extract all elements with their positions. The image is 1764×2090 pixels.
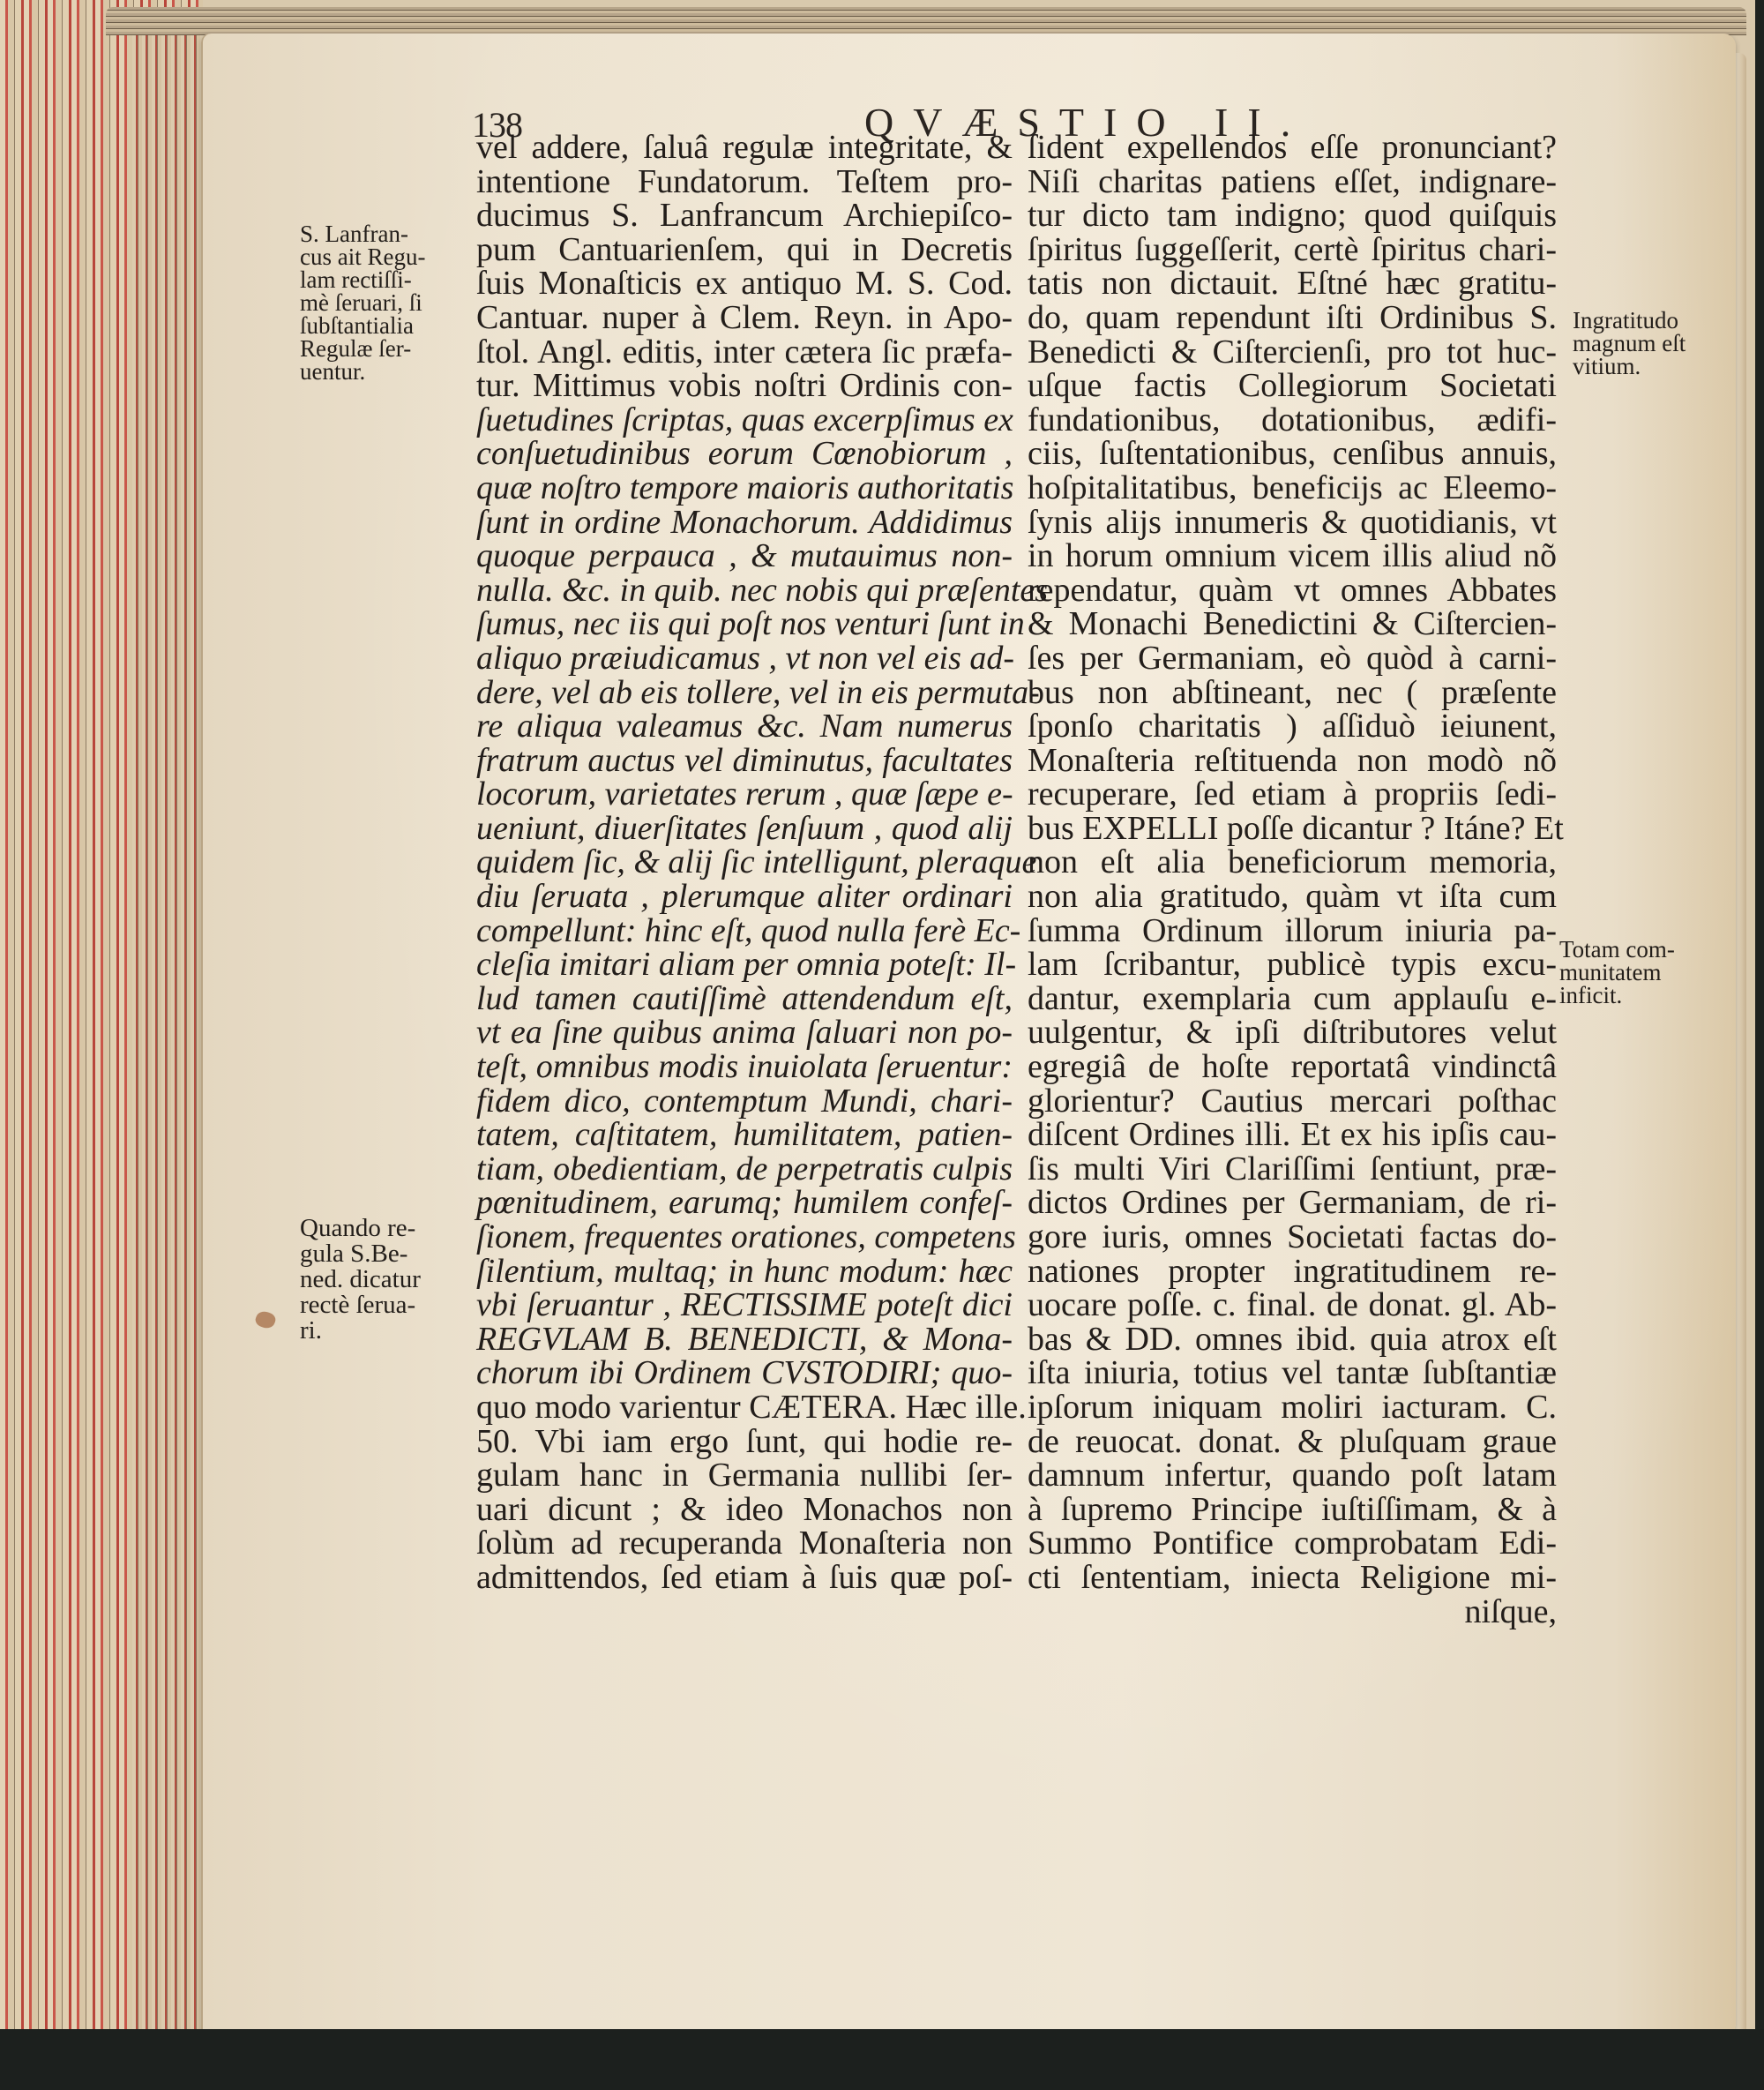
- text-line: de reuocat. donat. & pluſquam graue: [1028, 1425, 1557, 1459]
- background-shadow: [0, 2029, 1764, 2090]
- text-line: tiam, obedientiam, de perpetratis culpis: [476, 1152, 1013, 1187]
- text-line: Niſi charitas patiens eſſet, indignare-: [1028, 165, 1557, 199]
- text-line: bus EXPELLI poſſe dicantur ? Itáne? Et: [1028, 812, 1557, 846]
- margin-note-line: ned. dicatur: [300, 1267, 463, 1292]
- text-line: egregiâ de hoſte reportatâ vindinctâ: [1028, 1050, 1557, 1084]
- text-line: ſunt in ordine Monachorum. Addidimus: [476, 506, 1013, 540]
- text-line: uſque factis Collegiorum Societati: [1028, 369, 1557, 403]
- text-line: dere, vel ab eis tollere, vel in eis per…: [476, 676, 1013, 710]
- text-line: tur. Mittimus vobis noſtri Ordinis con-: [476, 369, 1013, 403]
- text-line: Summo Pontifice comprobatam Edi-: [1028, 1526, 1557, 1561]
- text-line: Cantuar. nuper à Clem. Reyn. in Apo-: [476, 301, 1013, 335]
- text-line: ueniunt, diuerſitates ſenſuum , quod ali…: [476, 812, 1013, 846]
- text-line: uulgentur, & ipſi diſtributores velut: [1028, 1015, 1557, 1050]
- margin-note-line: Ingratitudo: [1573, 309, 1731, 332]
- text-line: uocare poſſe. c. final. de donat. gl. Ab…: [1028, 1288, 1557, 1322]
- text-line: aliquo præiudicamus , vt non vel eis ad-: [476, 641, 1013, 676]
- text-line: ſis multi Viri Clariſſimi ſentiunt, præ-: [1028, 1152, 1557, 1187]
- text-line: quo modo varientur CÆTERA. Hæc ille.: [476, 1390, 1013, 1425]
- text-line: ſpiritus ſuggeſſerit, certè ſpiritus cha…: [1028, 233, 1557, 267]
- text-line: bus non abſtineant, nec ( præſente: [1028, 676, 1557, 710]
- text-line: pœnitudinem, earumq; humilem confeſ-: [476, 1186, 1013, 1220]
- text-line: recuperare, ſed etiam à propriis ſedi-: [1028, 777, 1557, 812]
- text-line: lam ſcribantur, publicè typis excu-: [1028, 948, 1557, 982]
- text-line: chorum ibi Ordinem CVSTODIRI; quo-: [476, 1356, 1013, 1390]
- text-line: gore iuris, omnes Societati factas do-: [1028, 1220, 1557, 1255]
- margin-note-line: Quando re-: [300, 1216, 463, 1241]
- text-line: uari dicunt ; & ideo Monachos non: [476, 1493, 1013, 1527]
- text-line: hoſpitalitatibus, beneficijs ac Eleemo-: [1028, 471, 1557, 506]
- text-line: re aliqua valeamus &c. Nam numerus: [476, 709, 1013, 744]
- margin-note-line: Totam com-: [1559, 938, 1736, 961]
- text-line: nulla. &c. in quib. nec nobis qui præſen…: [476, 573, 1013, 608]
- catchword: niſque,: [1028, 1595, 1557, 1629]
- text-line: admittendos, ſed etiam à ſuis quæ poſ-: [476, 1561, 1013, 1595]
- text-line: REGVLAM B. BENEDICTI, & Mona-: [476, 1322, 1013, 1357]
- text-line: conſuetudinibus eorum Cœnobiorum ,: [476, 437, 1013, 471]
- page-stack-inner-edge: [132, 18, 203, 2047]
- margin-note-line: magnum eſt: [1573, 332, 1731, 355]
- text-line: ipſorum iniquam moliri iacturam. C.: [1028, 1390, 1557, 1425]
- text-line: vt ea ſine quibus anima ſaluari non po-: [476, 1015, 1013, 1050]
- text-line: dantur, exemplaria cum applauſu e-: [1028, 982, 1557, 1016]
- text-line: locorum, varietates rerum , quæ ſæpe e-: [476, 777, 1013, 812]
- text-line: non alia gratitudo, quàm vt iſta cum: [1028, 880, 1557, 914]
- text-line: nationes propter ingratitudinem re-: [1028, 1255, 1557, 1289]
- text-line: ſionem, frequentes orationes, competens: [476, 1220, 1013, 1255]
- text-line: ducimus S. Lanfrancum Archiepiſco-: [476, 199, 1013, 233]
- margin-note-line: lam rectiſſi-: [300, 268, 463, 291]
- text-line: dictos Ordines per Germaniam, de ri-: [1028, 1186, 1557, 1220]
- text-line: ſolùm ad recuperanda Monaſteria non: [476, 1526, 1013, 1561]
- text-line: ſumma Ordinum illorum iniuria pa-: [1028, 914, 1557, 948]
- text-line: ſident expellendos eſſe pronunciant?: [1028, 131, 1557, 165]
- text-line: ſuis Monaſticis ex antiquo M. S. Cod.: [476, 266, 1013, 301]
- text-line: fidem dico, contemptum Mundi, chari-: [476, 1084, 1013, 1119]
- margin-note-line: mè ſeruari, ſi: [300, 291, 463, 314]
- text-line: diſcent Ordines illi. Et ex his ipſis ca…: [1028, 1118, 1557, 1152]
- margin-note-line: ſubſtantialia: [300, 314, 463, 337]
- text-line: diu ſeruata , plerumque aliter ordinari: [476, 880, 1013, 914]
- text-line: rependatur, quàm vt omnes Abbates: [1028, 573, 1557, 608]
- text-line: lud tamen cautiſſimè attendendum eſt,: [476, 982, 1013, 1016]
- margin-note-line: cus ait Regu-: [300, 245, 463, 268]
- text-line: & Monachi Benedictini & Ciſtercien-: [1028, 607, 1557, 641]
- text-line: intentione Fundatorum. Teſtem pro-: [476, 165, 1013, 199]
- text-line: à ſupremo Principe iuſtiſſimam, & à: [1028, 1493, 1557, 1527]
- text-line: in horum omnium vicem illis aliud nõ: [1028, 539, 1557, 573]
- text-line: ſuetudines ſcriptas, quas excerpſimus ex: [476, 403, 1013, 438]
- text-column-right: ſident expellendos eſſe pronunciant?Niſi…: [1028, 131, 1557, 1629]
- text-line: fundationibus, dotationibus, ædifi-: [1028, 403, 1557, 438]
- text-line: pum Cantuarienſem, qui in Decretis: [476, 233, 1013, 267]
- margin-note-lanfrancus: S. Lanfran- cus ait Regu- lam rectiſſi- …: [300, 222, 463, 383]
- page-stack-top-edge: [106, 7, 1746, 35]
- book: 138 QVÆSTIO II. S. Lanfran- cus ait Regu…: [0, 0, 1755, 2064]
- margin-note-line: ri.: [300, 1318, 463, 1344]
- text-line: ſponſo charitatis ) aſſiduò ieiunent,: [1028, 709, 1557, 744]
- margin-note-line: gula S.Be-: [300, 1241, 463, 1267]
- text-line: fratrum auctus vel diminutus, facultates: [476, 744, 1013, 778]
- text-line: teſt, omnibus modis inuiolata ſeruentur:: [476, 1050, 1013, 1084]
- text-line: ſilentium, multaq; in hunc modum: hæc: [476, 1255, 1013, 1289]
- text-line: cti ſententiam, iniecta Religione mi-: [1028, 1561, 1557, 1595]
- margin-note-line: inficit.: [1559, 984, 1736, 1007]
- margin-note-quando-regula: Quando re- gula S.Be- ned. dicatur rectè…: [300, 1216, 463, 1344]
- text-line: ſtol. Angl. editis, inter cætera ſic præ…: [476, 335, 1013, 370]
- text-line: Monaſteria reſtituenda non modò nõ: [1028, 744, 1557, 778]
- text-line: tur dicto tam indigno; quod quiſquis: [1028, 199, 1557, 233]
- margin-note-line: uentur.: [300, 360, 463, 383]
- text-line: quoque perpauca , & mutauimus non-: [476, 539, 1013, 573]
- text-line: iſta iniuria, totius vel tantæ ſubſtanti…: [1028, 1356, 1557, 1390]
- text-line: ciis, ſuſtentationibus, cenſibus annuis,: [1028, 437, 1557, 471]
- margin-note-line: Regulæ ſer-: [300, 337, 463, 360]
- text-line: quidem ſic, & alij ſic intelligunt, pler…: [476, 845, 1013, 880]
- margin-note-line: vitium.: [1573, 355, 1731, 378]
- text-line: cleſia imitari aliam per omnia poteſt: I…: [476, 948, 1013, 982]
- text-line: tatem, caſtitatem, humilitatem, patien-: [476, 1118, 1013, 1152]
- text-line: damnum infertur, quando poſt latam: [1028, 1458, 1557, 1493]
- text-line: ſynis alijs innumeris & quotidianis, vt: [1028, 506, 1557, 540]
- text-line: gulam hanc in Germania nullibi ſer-: [476, 1458, 1013, 1493]
- text-line: 50. Vbi iam ergo ſunt, qui hodie re-: [476, 1425, 1013, 1459]
- text-line: vel addere, ſaluâ regulæ integritate, &: [476, 131, 1013, 165]
- text-line: do, quam rependunt iſti Ordinibus S.: [1028, 301, 1557, 335]
- text-line: non eſt alia beneficiorum memoria,: [1028, 845, 1557, 880]
- margin-note-line: munitatem: [1559, 961, 1736, 984]
- text-line: tatis non dictauit. Eſtné hæc gratitu-: [1028, 266, 1557, 301]
- margin-note-totam-communitatem: Totam com- munitatem inficit.: [1559, 938, 1736, 1007]
- margin-note-line: S. Lanfran-: [300, 222, 463, 245]
- text-line: glorientur? Cautius mercari poſthac: [1028, 1084, 1557, 1119]
- text-line: Benedicti & Ciſtercienſi, pro tot huc-: [1028, 335, 1557, 370]
- margin-note-line: rectè ſerua-: [300, 1292, 463, 1318]
- text-line: vbi ſeruantur , RECTISSIME poteſt dici: [476, 1288, 1013, 1322]
- text-line: quæ noſtro tempore maioris authoritatis: [476, 471, 1013, 506]
- text-line: ſes per Germaniam, eò quòd à carni-: [1028, 641, 1557, 676]
- text-line: bas & DD. omnes ibid. quia atrox eſt: [1028, 1322, 1557, 1357]
- text-line: compellunt: hinc eſt, quod nulla ferè Ec…: [476, 914, 1013, 948]
- margin-note-ingratitudo: Ingratitudo magnum eſt vitium.: [1573, 309, 1731, 378]
- text-line: ſumus, nec iis qui poſt nos venturi ſunt…: [476, 607, 1013, 641]
- text-column-left: vel addere, ſaluâ regulæ integritate, &i…: [476, 131, 1013, 1595]
